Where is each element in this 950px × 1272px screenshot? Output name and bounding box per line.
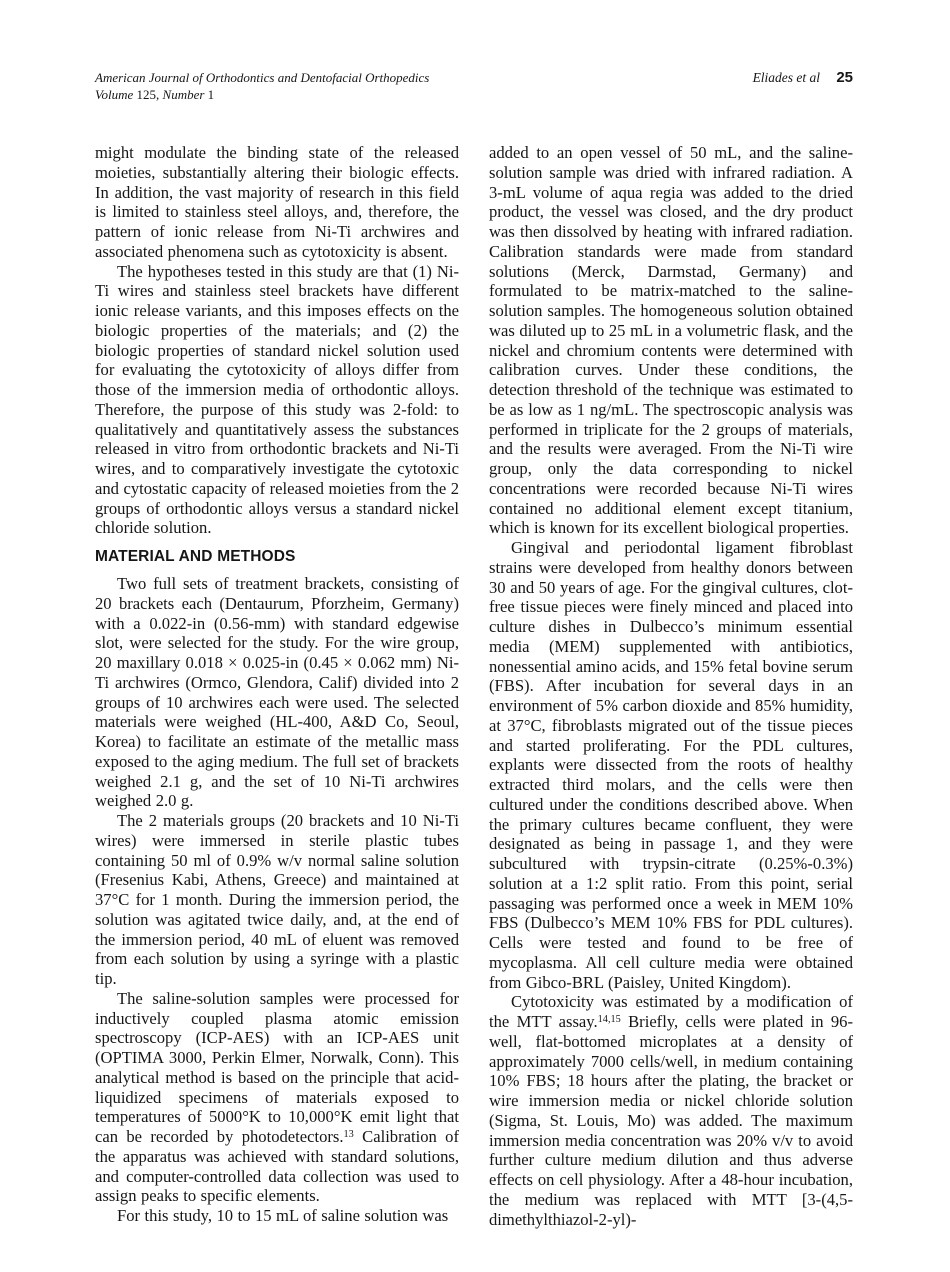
paragraph: The hypotheses tested in this study are …: [95, 262, 459, 539]
text-run: added to an open vessel of 50 mL, and th…: [489, 143, 853, 537]
text-run: Briefly, cells were plated in 96-well, f…: [489, 1012, 853, 1229]
text-run: Two full sets of treatment brackets, con…: [95, 574, 459, 810]
running-header: American Journal of Orthodontics and Den…: [95, 70, 853, 103]
text-run: The 2 materials groups (20 brackets and …: [95, 811, 459, 988]
journal-issue-segment: Volume: [95, 87, 137, 102]
journal-issue-segment: 1: [208, 87, 215, 102]
page-number: 25: [836, 69, 853, 86]
running-authors: Eliades et al: [753, 70, 821, 85]
running-header-right: Eliades et al 25: [753, 70, 853, 87]
text-run: Gingival and periodontal ligament fibrob…: [489, 538, 853, 992]
paragraph: added to an open vessel of 50 mL, and th…: [489, 143, 853, 538]
text-run: The hypotheses tested in this study are …: [95, 262, 459, 538]
paragraph: The 2 materials groups (20 brackets and …: [95, 811, 459, 989]
journal-issue: Volume 125, Number 1: [95, 87, 429, 104]
journal-name: American Journal of Orthodontics and Den…: [95, 70, 429, 87]
running-header-left: American Journal of Orthodontics and Den…: [95, 70, 429, 103]
text-run: might modulate the binding state of the …: [95, 143, 459, 261]
paragraph: Cytotoxicity was estimated by a modifica…: [489, 992, 853, 1229]
left-column: might modulate the binding state of the …: [95, 143, 459, 1229]
right-column: added to an open vessel of 50 mL, and th…: [489, 143, 853, 1229]
section-heading: MATERIAL AND METHODS: [95, 547, 459, 566]
paragraph: might modulate the binding state of the …: [95, 143, 459, 262]
paragraph: For this study, 10 to 15 mL of saline so…: [95, 1206, 459, 1226]
paragraph: Gingival and periodontal ligament fibrob…: [489, 538, 853, 992]
reference-superscript: 13: [344, 1129, 354, 1140]
journal-page: American Journal of Orthodontics and Den…: [0, 0, 950, 1272]
journal-issue-segment: Number: [163, 87, 208, 102]
text-run: The saline-solution samples were process…: [95, 989, 459, 1146]
text-run: For this study, 10 to 15 mL of saline so…: [117, 1206, 448, 1225]
paragraph: Two full sets of treatment brackets, con…: [95, 574, 459, 811]
paragraph: The saline-solution samples were process…: [95, 989, 459, 1206]
journal-issue-segment: 125,: [137, 87, 163, 102]
reference-superscript: 14,15: [598, 1014, 621, 1025]
article-body: might modulate the binding state of the …: [95, 143, 853, 1229]
